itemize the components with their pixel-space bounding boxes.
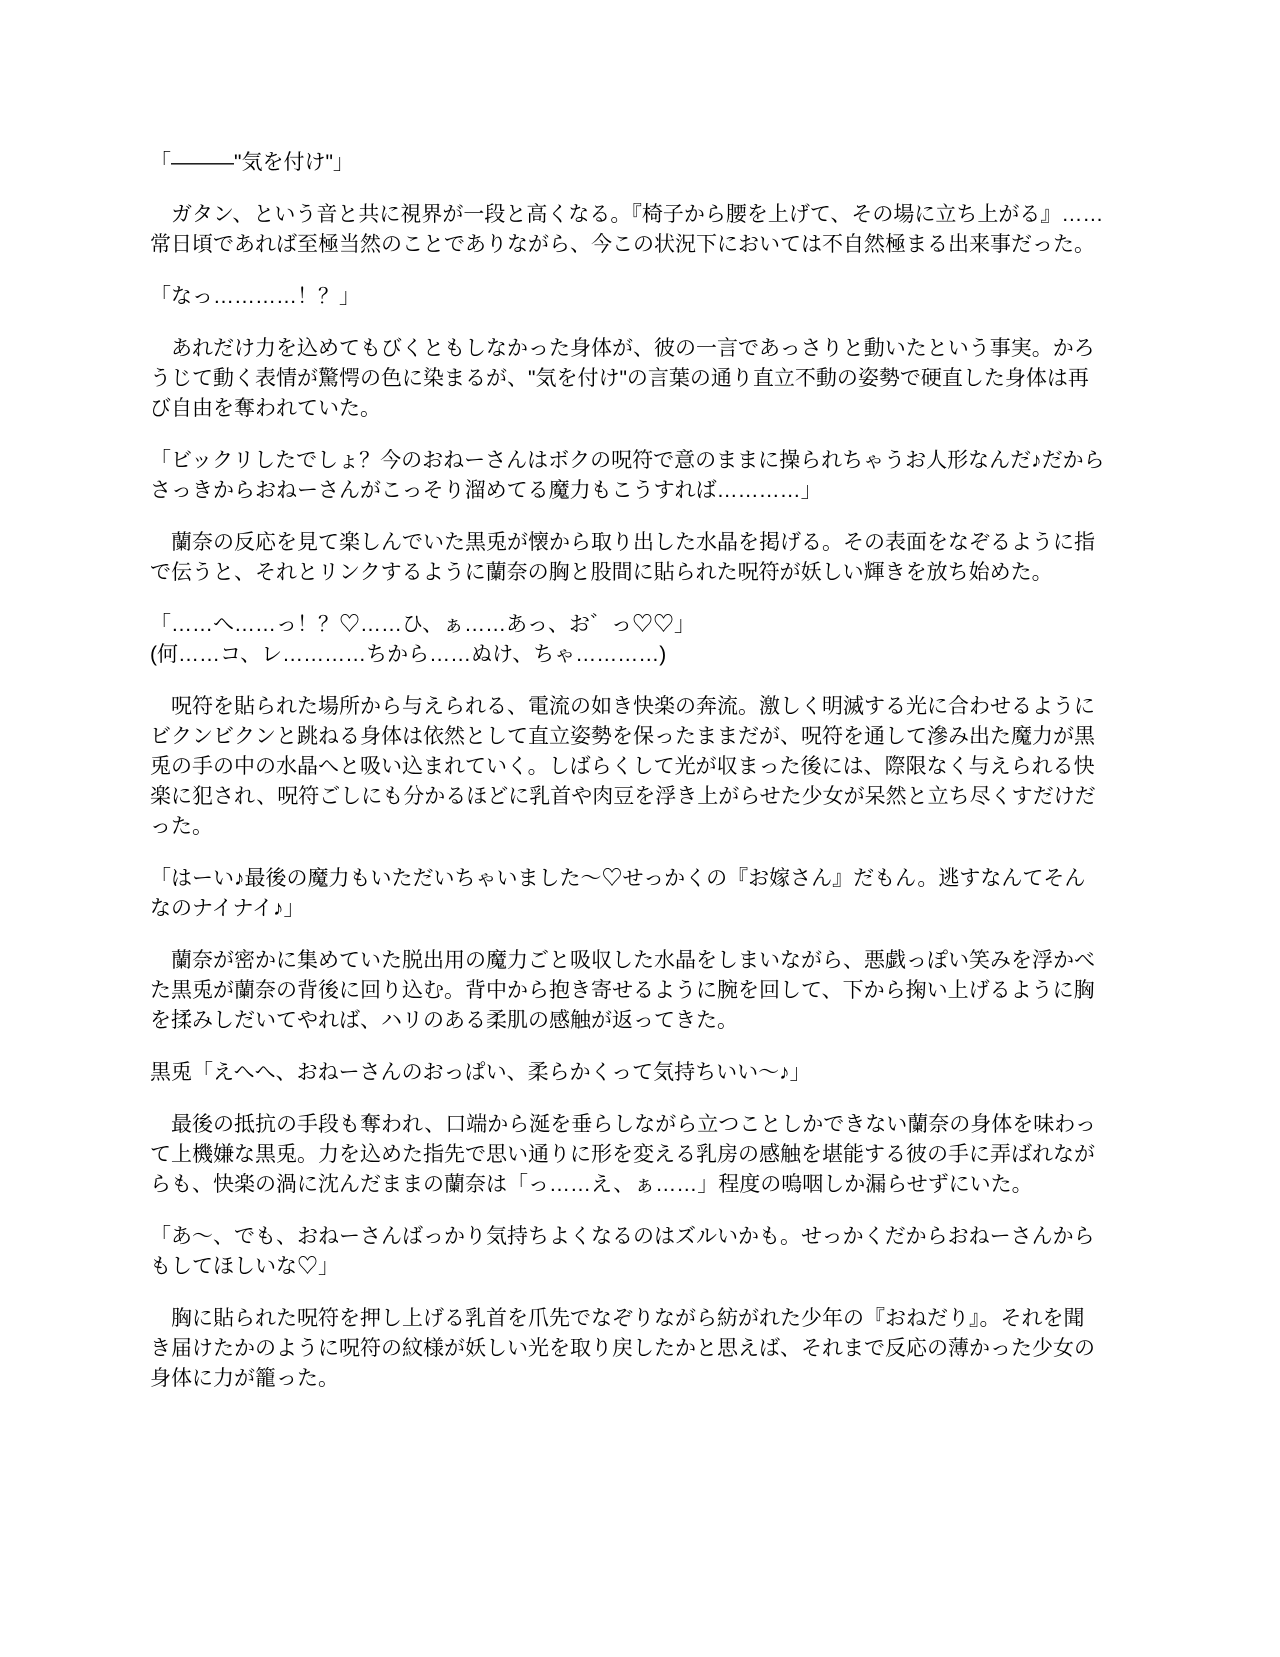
story-paragraph: 胸に貼られた呪符を押し上げる乳首を爪先でなぞりながら紡がれた少年の『おねだり』。… [150,1304,1105,1394]
story-paragraph: 「はーい♪最後の魔力もいただいちゃいました～♡せっかくの『お嫁さん』だもん。逃す… [150,864,1105,924]
story-paragraph: 最後の抵抗の手段も奪われ、口端から涎を垂らしながら立つことしかできない蘭奈の身体… [150,1110,1105,1200]
story-paragraph: 「あ～、でも、おねーさんばっかり気持ちよくなるのはズルいかも。せっかくだからおね… [150,1222,1105,1282]
story-paragraph: 「———"気を付け"」 [150,148,1105,178]
story-paragraph: 「ビックリしたでしょ？今のおねーさんはボクの呪符で意のままに操られちゃうお人形な… [150,446,1105,506]
story-paragraph: 黒兎「えへへ、おねーさんのおっぱい、柔らかくって気持ちいい～♪」 [150,1058,1105,1088]
story-paragraph: 呪符を貼られた場所から与えられる、電流の如き快楽の奔流。激しく明滅する光に合わせ… [150,692,1105,842]
story-paragraph: 蘭奈が密かに集めていた脱出用の魔力ごと吸収した水晶をしまいながら、悪戯っぽい笑み… [150,946,1105,1036]
document-page: 「———"気を付け"」 ガタン、という音と共に視界が一段と高くなる。『椅子から腰… [0,0,1280,1657]
story-paragraph: 「……へ……っ！？♡……ひ、ぁ……あっ、お゛っ♡♡」 (何……コ、レ…………ちか… [150,610,1105,670]
story-paragraph: 蘭奈の反応を見て楽しんでいた黒兎が懐から取り出した水晶を掲げる。その表面をなぞる… [150,528,1105,588]
story-paragraph: 「なっ…………！？」 [150,282,1105,312]
story-paragraph: ガタン、という音と共に視界が一段と高くなる。『椅子から腰を上げて、その場に立ち上… [150,200,1105,260]
story-paragraph: あれだけ力を込めてもびくともしなかった身体が、彼の一言であっさりと動いたという事… [150,334,1105,424]
